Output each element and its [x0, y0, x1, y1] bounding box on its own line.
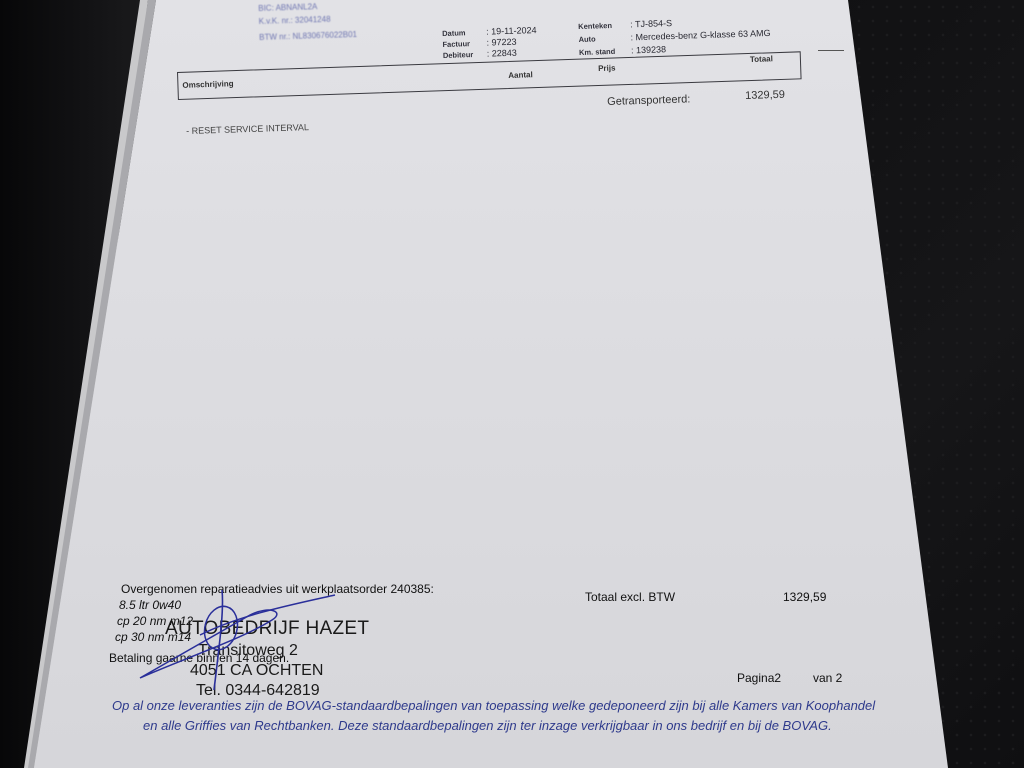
invoice-meta-left: Datum: 19-11-2024 Factuur: 97223 Debiteu… [442, 25, 537, 61]
company-kvk: K.v.K. nr.: 32041248 [258, 12, 356, 28]
page-total: van 2 [813, 671, 842, 685]
col-aantal: Aantal [508, 70, 533, 80]
total-excl-btw-label: Totaal excl. BTW [585, 590, 675, 604]
total-excl-btw-value: 1329,59 [783, 590, 826, 604]
footer-line-1: Op al onze leveranties zijn de BOVAG-sta… [112, 696, 875, 716]
col-omschrijving: Omschrijving [182, 79, 233, 90]
advice-line-1: 8.5 ltr 0w40 [119, 598, 181, 612]
company-info: BIC: ABNANL2A K.v.K. nr.: 32041248 BTW n… [258, 0, 357, 44]
page-number: Pagina2 [737, 671, 781, 685]
transported-value: 1329,59 [745, 89, 785, 102]
footer-line-2: en alle Griffies van Rechtbanken. Deze s… [143, 716, 832, 736]
header-dash [818, 50, 844, 51]
stamp-city: 4051 CA OCHTEN [190, 662, 323, 680]
col-totaal: Totaal [750, 54, 773, 64]
stamp-street: Transitoweg 2 [198, 642, 298, 660]
col-prijs: Prijs [598, 63, 616, 73]
advice-title: Overgenomen reparatieadvies uit werkplaa… [121, 582, 434, 596]
stamp-company-name: AUTOBEDRIJF HAZET [165, 618, 369, 640]
